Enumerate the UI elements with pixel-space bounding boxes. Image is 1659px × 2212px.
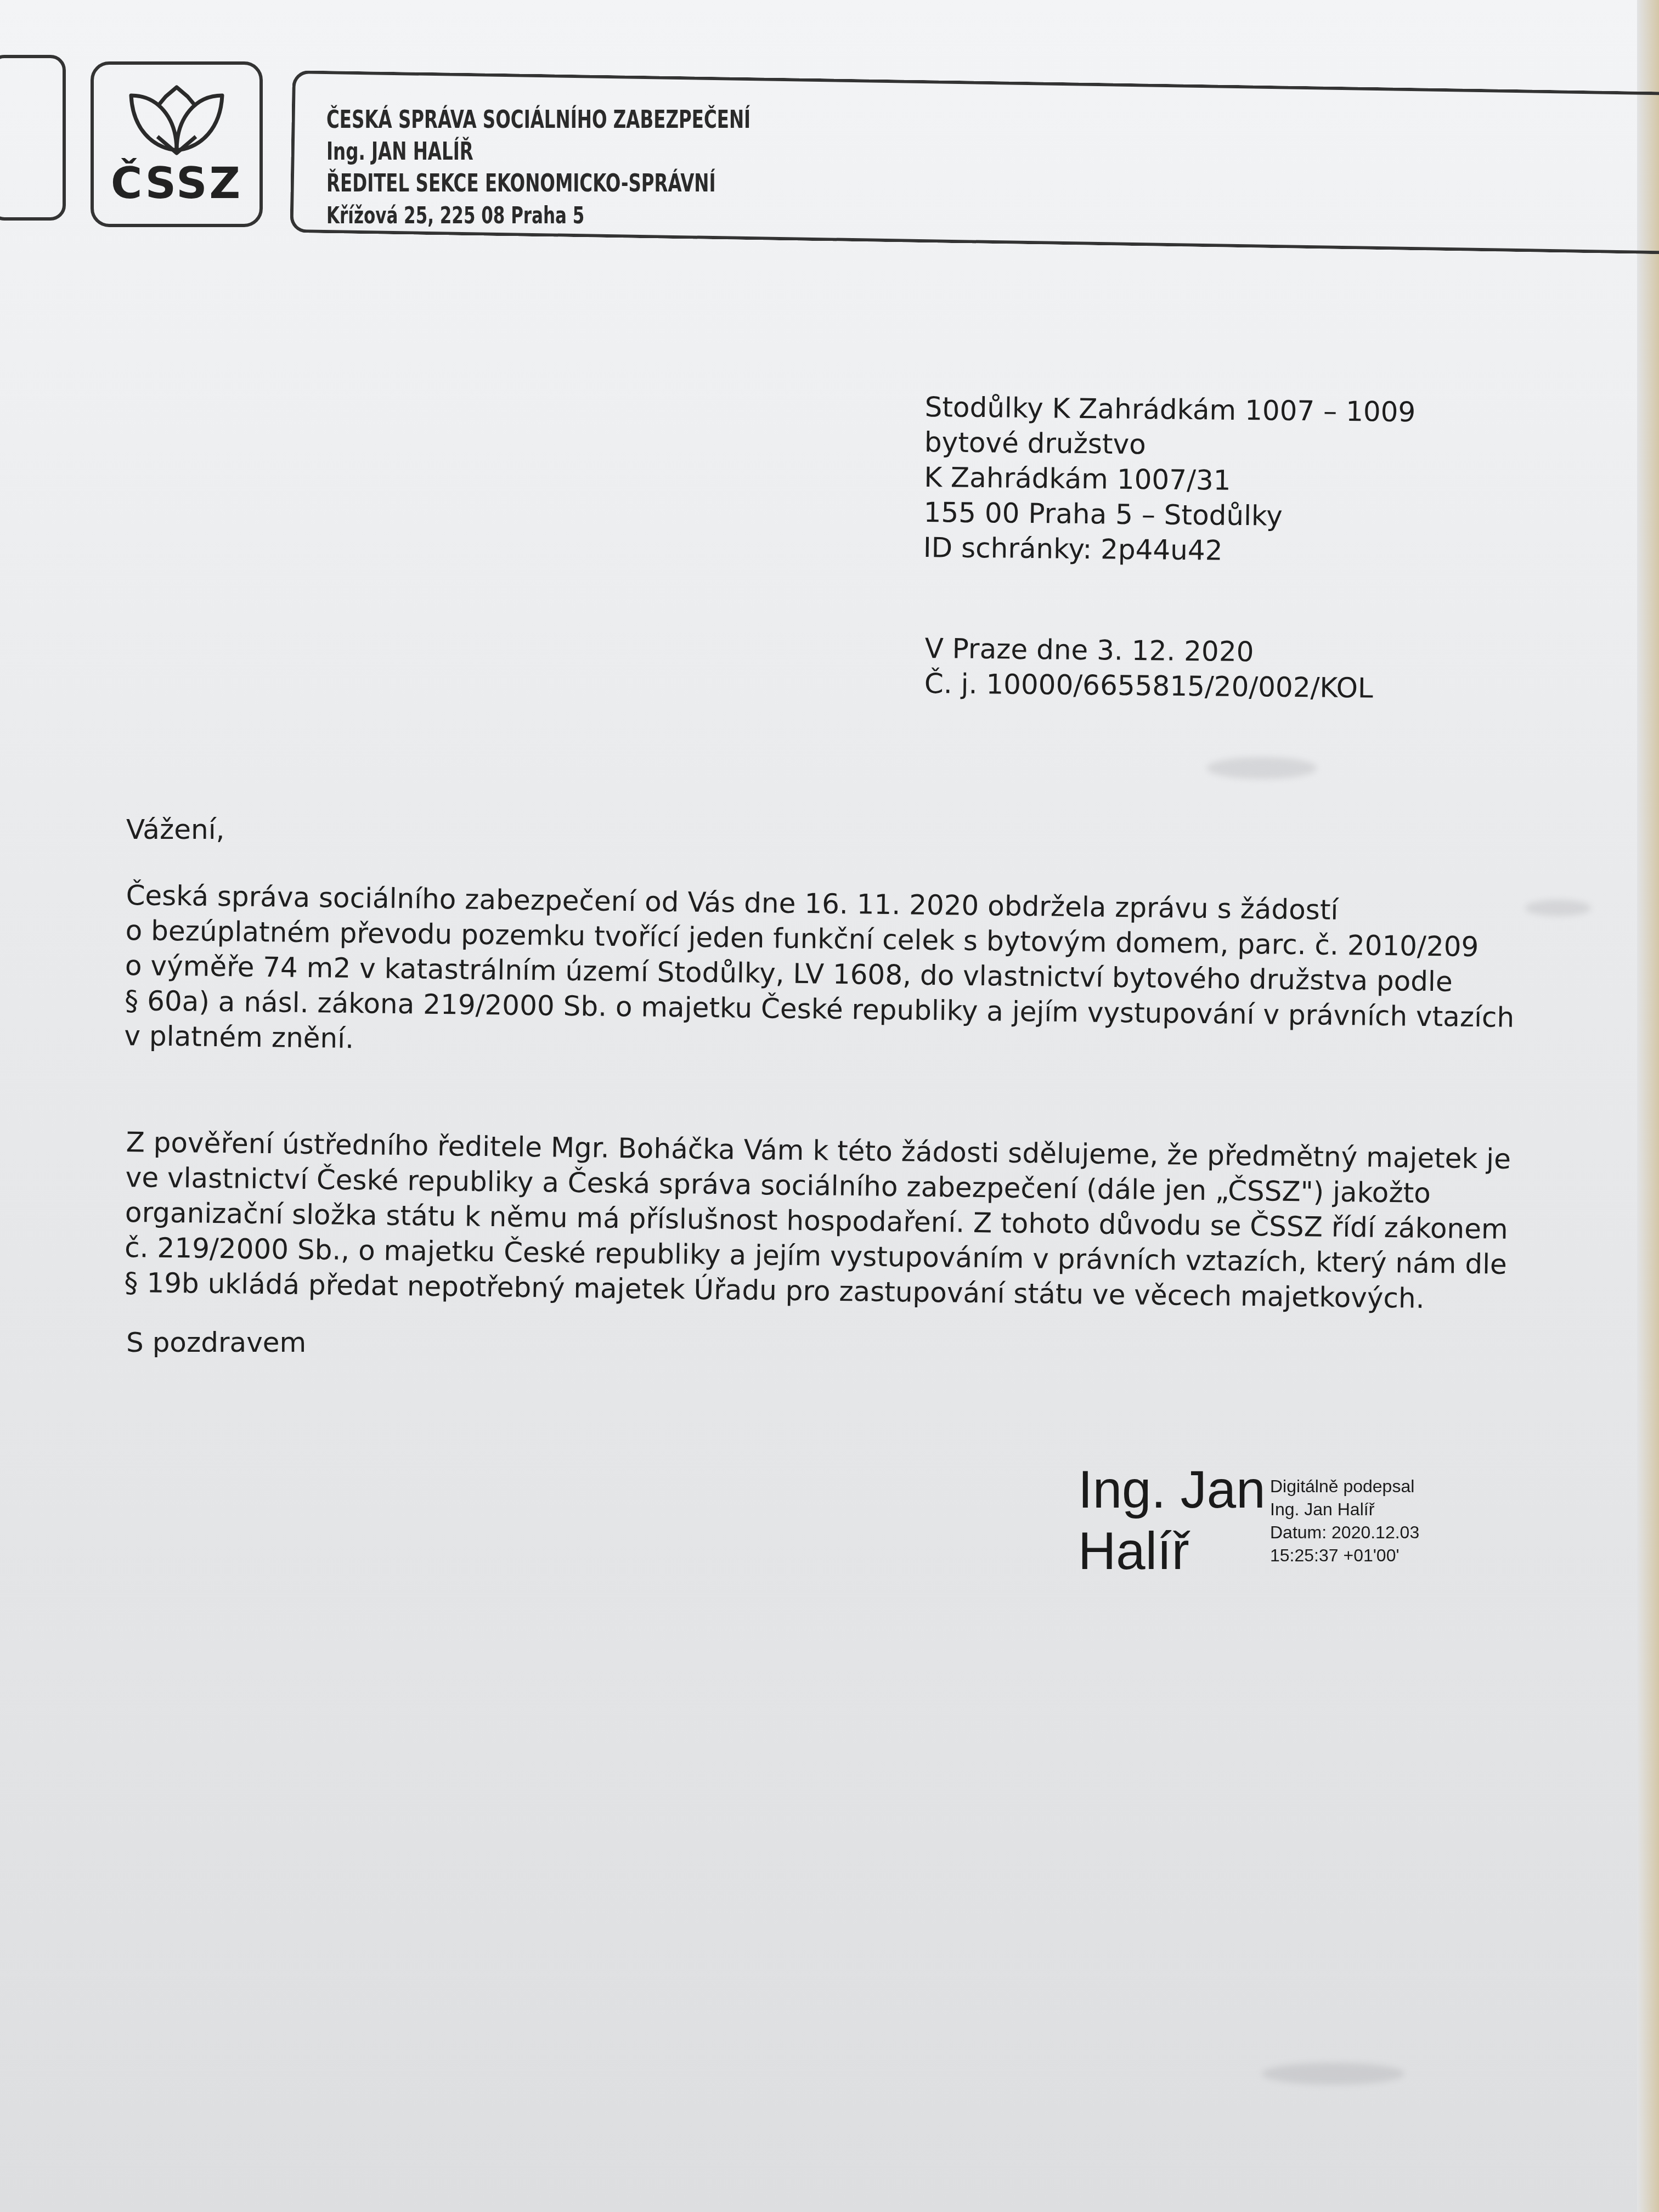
paragraph-1: Česká správa sociálního zabezpečení od V… — [124, 878, 1487, 1070]
closing: S pozdravem — [126, 1325, 306, 1360]
paper-smudge — [1525, 900, 1591, 916]
recipient-line: bytové družstvo — [924, 425, 1415, 465]
recipient-address: Stodůlky K Zahrádkám 1007 – 1009 bytové … — [923, 390, 1416, 570]
recipient-line: ID schránky: 2p44u42 — [923, 530, 1414, 570]
cssz-logo: ČSSZ — [91, 61, 263, 227]
sender-address: Křížová 25, 225 08 Praha 5 — [326, 200, 751, 232]
greeting: Vážení, — [126, 812, 224, 847]
digital-signature-info: Digitálně podepsal Ing. Jan Halíř Datum:… — [1270, 1475, 1419, 1567]
recipient-line: Stodůlky K Zahrádkám 1007 – 1009 — [924, 390, 1415, 430]
page-edge — [1637, 0, 1659, 2212]
letterhead: ČESKÁ SPRÁVA SOCIÁLNÍHO ZABEZPEČENÍ Ing.… — [326, 104, 751, 232]
signature-name: Ing. Jan Halíř — [1078, 1459, 1266, 1582]
recipient-line: K Zahrádkám 1007/31 — [924, 460, 1415, 500]
signature-name-line: Halíř — [1078, 1521, 1266, 1582]
recipient-line: 155 00 Praha 5 – Stodůlky — [923, 495, 1414, 535]
signature-meta-line: Datum: 2020.12.03 — [1270, 1521, 1419, 1544]
case-number: Č. j. 10000/6655815/20/002/KOL — [924, 666, 1373, 706]
signature-meta-line: Digitálně podepsal — [1270, 1475, 1419, 1498]
date-line: V Praze dne 3. 12. 2020 — [924, 631, 1373, 671]
sender-position: ŘEDITEL SEKCE EKONOMICKO-SPRÁVNÍ — [326, 168, 751, 200]
organization-name: ČESKÁ SPRÁVA SOCIÁLNÍHO ZABEZPEČENÍ — [326, 104, 751, 136]
paragraph-2: Z pověření ústředního ředitele Mgr. Bohá… — [124, 1125, 1487, 1317]
signature-meta-line: Ing. Jan Halíř — [1270, 1498, 1419, 1521]
signature-name-line: Ing. Jan — [1078, 1459, 1266, 1521]
signature-meta-line: 15:25:37 +01'00' — [1270, 1544, 1419, 1567]
paper-smudge — [1207, 757, 1317, 779]
sender-name: Ing. JAN HALÍŘ — [326, 136, 751, 168]
paper-smudge — [1262, 2063, 1404, 2085]
logo-text: ČSSZ — [111, 159, 242, 208]
reference-block: V Praze dne 3. 12. 2020 Č. j. 10000/6655… — [924, 631, 1374, 706]
letter-page — [0, 0, 1659, 2212]
adjacent-frame — [0, 55, 66, 221]
lotus-leaves-icon — [125, 84, 229, 156]
